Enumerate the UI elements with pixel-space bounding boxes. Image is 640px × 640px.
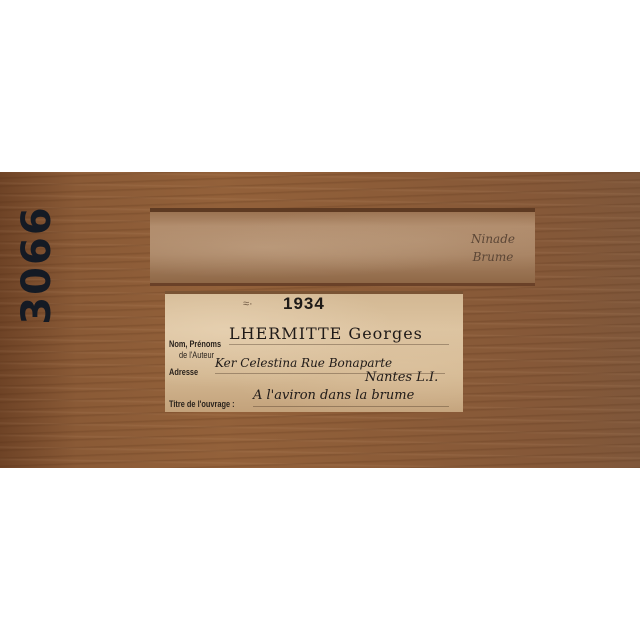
old-faded-label: Ninade Brume	[150, 208, 535, 286]
address-line-1: Ker Celestina Rue Bonaparte	[215, 356, 392, 370]
address-line-2: Nantes L.I.	[365, 370, 438, 385]
exhibition-label: ≈· 1934 Nom, Prénoms de l'Auteur LHERMIT…	[165, 291, 463, 412]
author-field-sublabel: de l'Auteur	[179, 350, 214, 360]
old-label-line-2: Brume	[463, 248, 523, 266]
label-year: 1934	[283, 294, 325, 314]
old-label-line-1: Ninade	[463, 230, 523, 248]
title-label: Titre de l'ouvrage :	[169, 394, 249, 412]
stamp-smudge: ≈·	[243, 298, 253, 310]
inventory-number: 3066	[6, 192, 66, 342]
address-label: Adresse	[169, 362, 205, 380]
old-label-handwriting: Ninade Brume	[463, 230, 523, 266]
author-underline	[229, 344, 449, 345]
inventory-number-text: 3066	[14, 190, 60, 340]
address-field-label: Adresse	[169, 367, 198, 377]
author-name: LHERMITTE Georges	[229, 324, 423, 343]
artwork-title: A l'aviron dans la brume	[253, 388, 414, 403]
title-field-label: Titre de l'ouvrage :	[169, 399, 235, 409]
title-underline	[253, 406, 449, 407]
